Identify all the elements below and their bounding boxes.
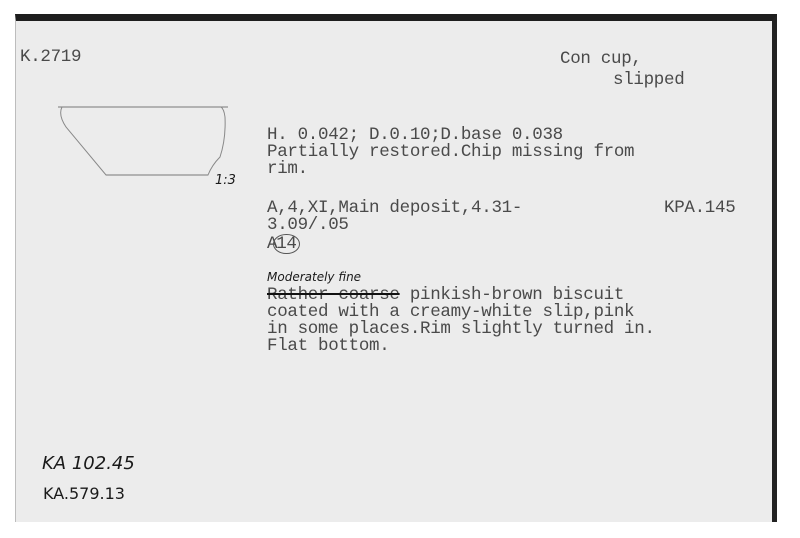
- catalog-number: K.2719: [20, 49, 81, 66]
- scale-label: 1:3: [215, 173, 236, 188]
- context-a-number: A14: [267, 234, 300, 254]
- inventory-number-1: KA 102.45: [42, 453, 135, 474]
- description-line4: Flat bottom.: [267, 338, 389, 355]
- handwritten-correction: Moderately fine: [267, 270, 361, 284]
- circled-number: 14: [273, 234, 299, 254]
- profile-drawing: [56, 99, 246, 179]
- condition-line2: rim.: [267, 161, 308, 178]
- inventory-number-2: KA.579.13: [43, 484, 125, 503]
- context-line2: 3.09/.05: [267, 217, 349, 234]
- object-type-line1: Con cup,: [560, 51, 642, 68]
- kpa-number: KPA.145: [664, 200, 735, 217]
- object-type-line2: slipped: [613, 72, 684, 89]
- condition-line1: Partially restored.Chip missing from: [267, 144, 634, 161]
- catalog-card: K.2719 Con cup, slipped 1:3 H. 0.042; D.…: [15, 14, 777, 522]
